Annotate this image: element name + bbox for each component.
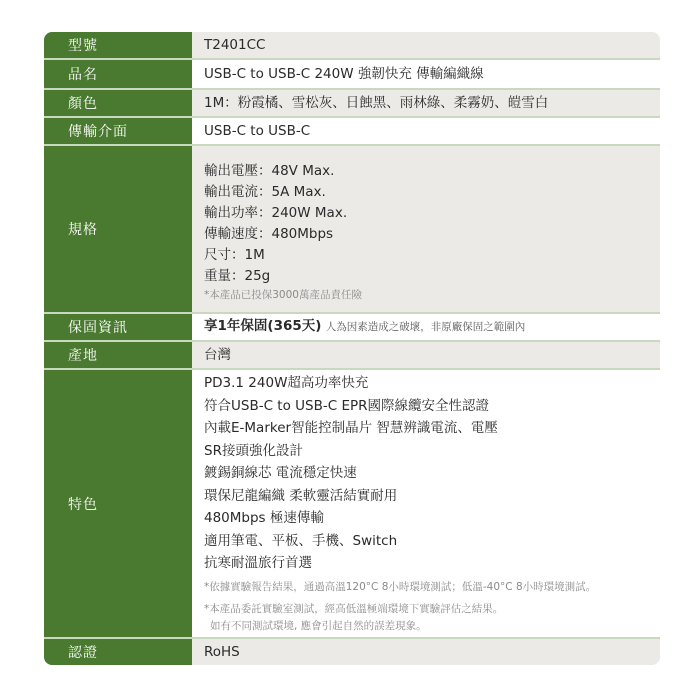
spec-length: 尺寸：1M xyxy=(204,245,648,266)
value-certification: RoHS xyxy=(192,639,660,665)
value-model: T2401CC xyxy=(192,32,660,58)
value-product-name: USB-C to USB-C 240W 強韌快充 傳輸編織線 xyxy=(192,60,660,88)
label-certification: 認證 xyxy=(44,639,192,665)
model-number: T2401CC xyxy=(204,35,648,56)
lab-test-note: *本產品委託實驗室測試，經高低溫極端環境下實驗評估之結果。 xyxy=(204,601,648,618)
value-specs: 輸出電壓：48V Max. 輸出電流：5A Max. 輸出功率：240W Max… xyxy=(192,146,660,312)
label-specs: 規格 xyxy=(44,146,192,312)
feature-item: 480Mbps 極速傳輸 xyxy=(204,507,648,530)
spec-weight: 重量：25g xyxy=(204,266,648,287)
spec-speed: 傳輸速度：480Mbps xyxy=(204,224,648,245)
spec-insurance-note: *本產品已投保3000萬產品責任險 xyxy=(204,287,648,304)
row-features: 特色 PD3.1 240W超高功率快充 符合USB-C to USB-C EPR… xyxy=(44,368,660,637)
feature-item: 適用筆電、平板、手機、Switch xyxy=(204,530,648,553)
product-name: USB-C to USB-C 240W 強韌快充 傳輸編織線 xyxy=(204,64,648,85)
feature-item: PD3.1 240W超高功率快充 xyxy=(204,372,648,395)
feature-item: 抗寒耐溫旅行首選 xyxy=(204,552,648,575)
spec-voltage: 輸出電壓：48V Max. xyxy=(204,161,648,182)
label-interface: 傳輸介面 xyxy=(44,118,192,144)
feature-item: 內載E-Marker智能控制晶片 智慧辨識電流、電壓 xyxy=(204,417,648,440)
spec-power: 輸出功率：240W Max. xyxy=(204,203,648,224)
label-features: 特色 xyxy=(44,370,192,637)
label-warranty: 保固資訊 xyxy=(44,314,192,340)
row-color: 顏色 1M：粉霞橘、雪松灰、日蝕黑、雨林綠、柔霧奶、皚雪白 xyxy=(44,88,660,116)
color-options: 1M：粉霞橘、雪松灰、日蝕黑、雨林綠、柔霧奶、皚雪白 xyxy=(204,93,648,114)
label-model: 型號 xyxy=(44,32,192,58)
value-color: 1M：粉霞橘、雪松灰、日蝕黑、雨林綠、柔霧奶、皚雪白 xyxy=(192,90,660,116)
row-model: 型號 T2401CC xyxy=(44,32,660,58)
certification: RoHS xyxy=(204,642,648,663)
origin-country: 台灣 xyxy=(204,345,648,366)
warranty-period: 享1年保固(365天) xyxy=(204,318,321,334)
interface-type: USB-C to USB-C xyxy=(204,121,648,142)
row-product-name: 品名 USB-C to USB-C 240W 強韌快充 傳輸編織線 xyxy=(44,58,660,88)
row-warranty: 保固資訊 享1年保固(365天) 人為因素造成之破壞，非原廠保固之範圍內 xyxy=(44,312,660,340)
value-interface: USB-C to USB-C xyxy=(192,118,660,144)
row-certification: 認證 RoHS xyxy=(44,637,660,665)
spec-current: 輸出電流：5A Max. xyxy=(204,182,648,203)
value-features: PD3.1 240W超高功率快充 符合USB-C to USB-C EPR國際線… xyxy=(192,370,660,637)
row-origin: 產地 台灣 xyxy=(44,340,660,368)
temperature-test-note: *依據實驗報告結果，通過高溫120°C 8小時環境測試；低溫-40°C 8小時環… xyxy=(204,579,648,596)
feature-item: 符合USB-C to USB-C EPR國際線纜安全性認證 xyxy=(204,395,648,418)
row-interface: 傳輸介面 USB-C to USB-C xyxy=(44,116,660,144)
label-product-name: 品名 xyxy=(44,60,192,88)
feature-item: 環保尼龍編織 柔軟靈活結實耐用 xyxy=(204,485,648,508)
value-origin: 台灣 xyxy=(192,342,660,368)
feature-item: 鍍錫銅線芯 電流穩定快速 xyxy=(204,462,648,485)
row-specs: 規格 輸出電壓：48V Max. 輸出電流：5A Max. 輸出功率：240W … xyxy=(44,144,660,312)
value-warranty: 享1年保固(365天) 人為因素造成之破壞，非原廠保固之範圍內 xyxy=(192,314,660,340)
feature-notes: *依據實驗報告結果，通過高溫120°C 8小時環境測試；低溫-40°C 8小時環… xyxy=(204,579,648,635)
spec-table: 型號 T2401CC 品名 USB-C to USB-C 240W 強韌快充 傳… xyxy=(44,32,660,665)
feature-item: SR接頭強化設計 xyxy=(204,440,648,463)
label-origin: 產地 xyxy=(44,342,192,368)
label-color: 顏色 xyxy=(44,90,192,116)
warranty-note: 人為因素造成之破壞，非原廠保固之範圍內 xyxy=(326,321,526,333)
lab-test-disclaimer: 如有不同測試環境, 應會引起自然的誤差現象。 xyxy=(204,618,648,635)
